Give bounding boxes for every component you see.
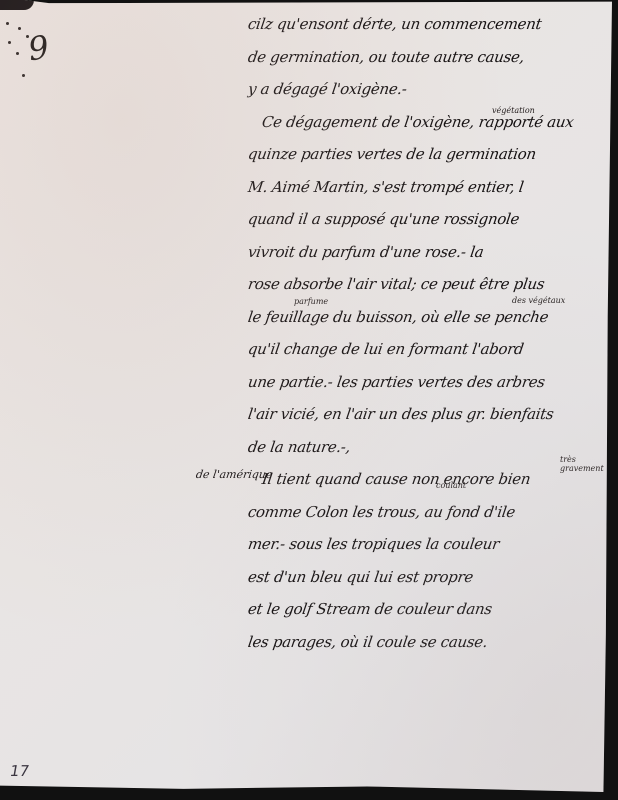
folio-mark: 9 — [26, 31, 54, 89]
text-line: le feuillage du buisson, où elle se penc… — [246, 301, 611, 334]
text-line: Il tient quand cause non encore bien — [246, 463, 611, 496]
text-line: de germination, ou toute autre cause, — [246, 41, 611, 74]
page-corner-shadow — [0, 0, 34, 10]
text-line: mer.- sous les tropiques la couleur — [246, 528, 611, 561]
manuscript-text: cilz qu'ensont dérte, un commencement de… — [248, 8, 608, 658]
text-line: M. Aimé Martin, s'est trompé entier, l — [246, 171, 611, 204]
text-line: cilz qu'ensont dérte, un commencement — [246, 8, 611, 41]
text-line: une partie.- les parties vertes des arbr… — [246, 366, 611, 399]
text-line: rose absorbe l'air vital; ce peut être p… — [246, 268, 611, 301]
text-line: l'air vicié, en l'air un des plus gr. bi… — [246, 398, 611, 431]
interlinear-note: végétation — [492, 106, 535, 115]
interlinear-note: très gravement — [560, 455, 612, 473]
text-line: est d'un bleu qui lui est propre — [246, 561, 611, 594]
text-line: les parages, où il coule se cause. — [246, 626, 611, 659]
page-number: 17 — [8, 762, 30, 780]
text-line: vivroit du parfum d'une rose.- la — [246, 236, 611, 269]
text-line: Ce dégagement de l'oxigène, rapporté aux — [246, 106, 611, 139]
text-line: quinze parties vertes de la germination — [246, 138, 611, 171]
text-line: quand il a supposé qu'une rossignole — [246, 203, 611, 236]
interlinear-note: parfume — [294, 297, 328, 306]
manuscript-page: 9 végétation parfume des végétaux très g… — [0, 0, 612, 792]
text-line: qu'il change de lui en formant l'abord — [246, 333, 611, 366]
text-line: et le golf Stream de couleur dans — [246, 593, 611, 626]
text-line: de la nature.-, — [246, 431, 611, 464]
text-line: y a dégagé l'oxigène.- — [246, 73, 611, 106]
interlinear-note: des végétaux — [512, 296, 565, 305]
text-line: comme Colon les trous, au fond d'ile — [246, 496, 611, 529]
margin-note: de l'amérique — [195, 468, 273, 481]
interlinear-note: coulant — [436, 481, 466, 490]
